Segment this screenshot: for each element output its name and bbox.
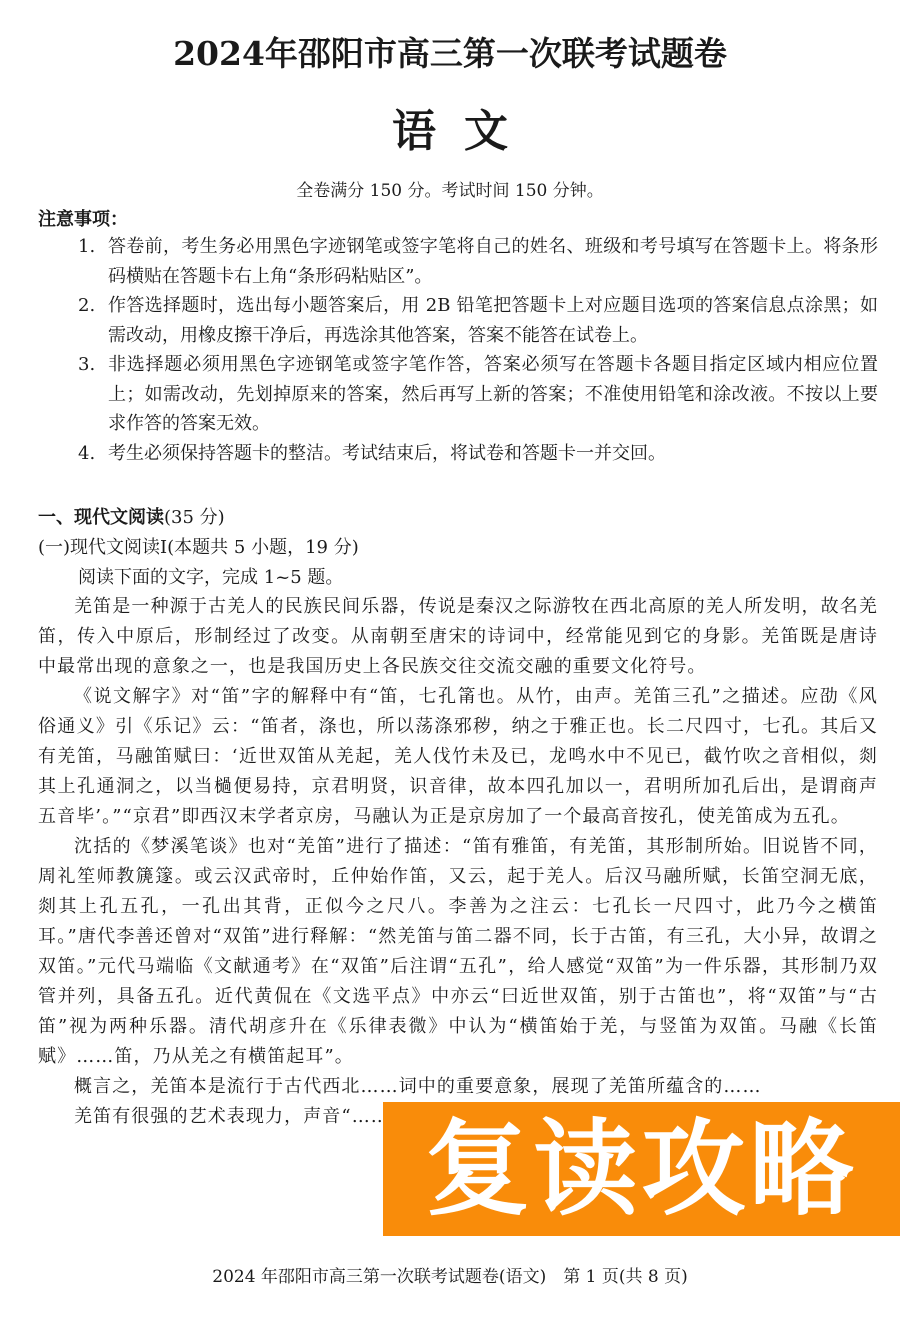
notice-number: 3. [78, 350, 95, 380]
watermark-banner: 复读攻略 [383, 1102, 900, 1236]
notice-item: 2. 作答选择题时，选出每小题答案后，用 2B 铅笔把答题卡上对应题目选项的答案… [78, 291, 878, 350]
section-heading: 一、现代文阅读(35 分) [38, 503, 225, 529]
notice-text: 答卷前，考生务必用黑色字迹钢笔或签字笔将自己的姓名、班级和考号填写在答题卡上。将… [108, 236, 878, 287]
subject-title: 语文 [0, 95, 900, 159]
passage-paragraph: 《说文解字》对“笛”字的解释中有“笛，七孔筩也。从竹，由声。羌笛三孔”之描述。应… [38, 682, 878, 832]
notice-text: 考生必须保持答题卡的整洁。考试结束后，将试卷和答题卡一并交回。 [108, 443, 666, 464]
passage-paragraph: 沈括的《梦溪笔谈》也对“羌笛”进行了描述：“笛有雅笛，有羌笛，其形制所始。旧说皆… [38, 832, 878, 1072]
subsection-heading: (一)现代文阅读Ⅰ(本题共 5 小题，19 分) [38, 533, 359, 559]
notice-list: 1. 答卷前，考生务必用黑色字迹钢笔或签字笔将自己的姓名、班级和考号填写在答题卡… [78, 232, 878, 468]
passage-paragraph: 羌笛是一种源于古羌人的民族民间乐器，传说是秦汉之际游牧在西北高原的羌人所发明，故… [38, 592, 878, 682]
notice-number: 1. [78, 232, 95, 262]
reading-instruction: 阅读下面的文字，完成 1~5 题。 [78, 563, 343, 589]
score-info: 全卷满分 150 分。考试时间 150 分钟。 [0, 176, 900, 201]
section-points: (35 分) [164, 507, 225, 528]
notice-item: 1. 答卷前，考生务必用黑色字迹钢笔或签字笔将自己的姓名、班级和考号填写在答题卡… [78, 232, 878, 291]
notice-number: 4. [78, 439, 95, 469]
notice-text: 非选择题必须用黑色字迹钢笔或签字笔作答，答案必须写在答题卡各题目指定区域内相应位… [108, 354, 878, 434]
reading-passage: 羌笛是一种源于古羌人的民族民间乐器，传说是秦汉之际游牧在西北高原的羌人所发明，故… [38, 592, 878, 1132]
passage-paragraph: 概言之，羌笛本是流行于古代西北……词中的重要意象，展现了羌笛所蕴含的…… [38, 1072, 878, 1102]
notice-heading: 注意事项： [38, 205, 128, 231]
watermark-text: 复读攻略 [425, 1117, 857, 1221]
section-title: 一、现代文阅读 [38, 507, 164, 528]
exam-title: 2024年邵阳市高三第一次联考试题卷 [0, 28, 900, 75]
page-footer: 2024 年邵阳市高三第一次联考试题卷(语文) 第 1 页(共 8 页) [0, 1262, 900, 1287]
notice-number: 2. [78, 291, 95, 321]
notice-item: 4. 考生必须保持答题卡的整洁。考试结束后，将试卷和答题卡一并交回。 [78, 439, 878, 469]
notice-text: 作答选择题时，选出每小题答案后，用 2B 铅笔把答题卡上对应题目选项的答案信息点… [108, 295, 878, 346]
notice-item: 3. 非选择题必须用黑色字迹钢笔或签字笔作答，答案必须写在答题卡各题目指定区域内… [78, 350, 878, 439]
